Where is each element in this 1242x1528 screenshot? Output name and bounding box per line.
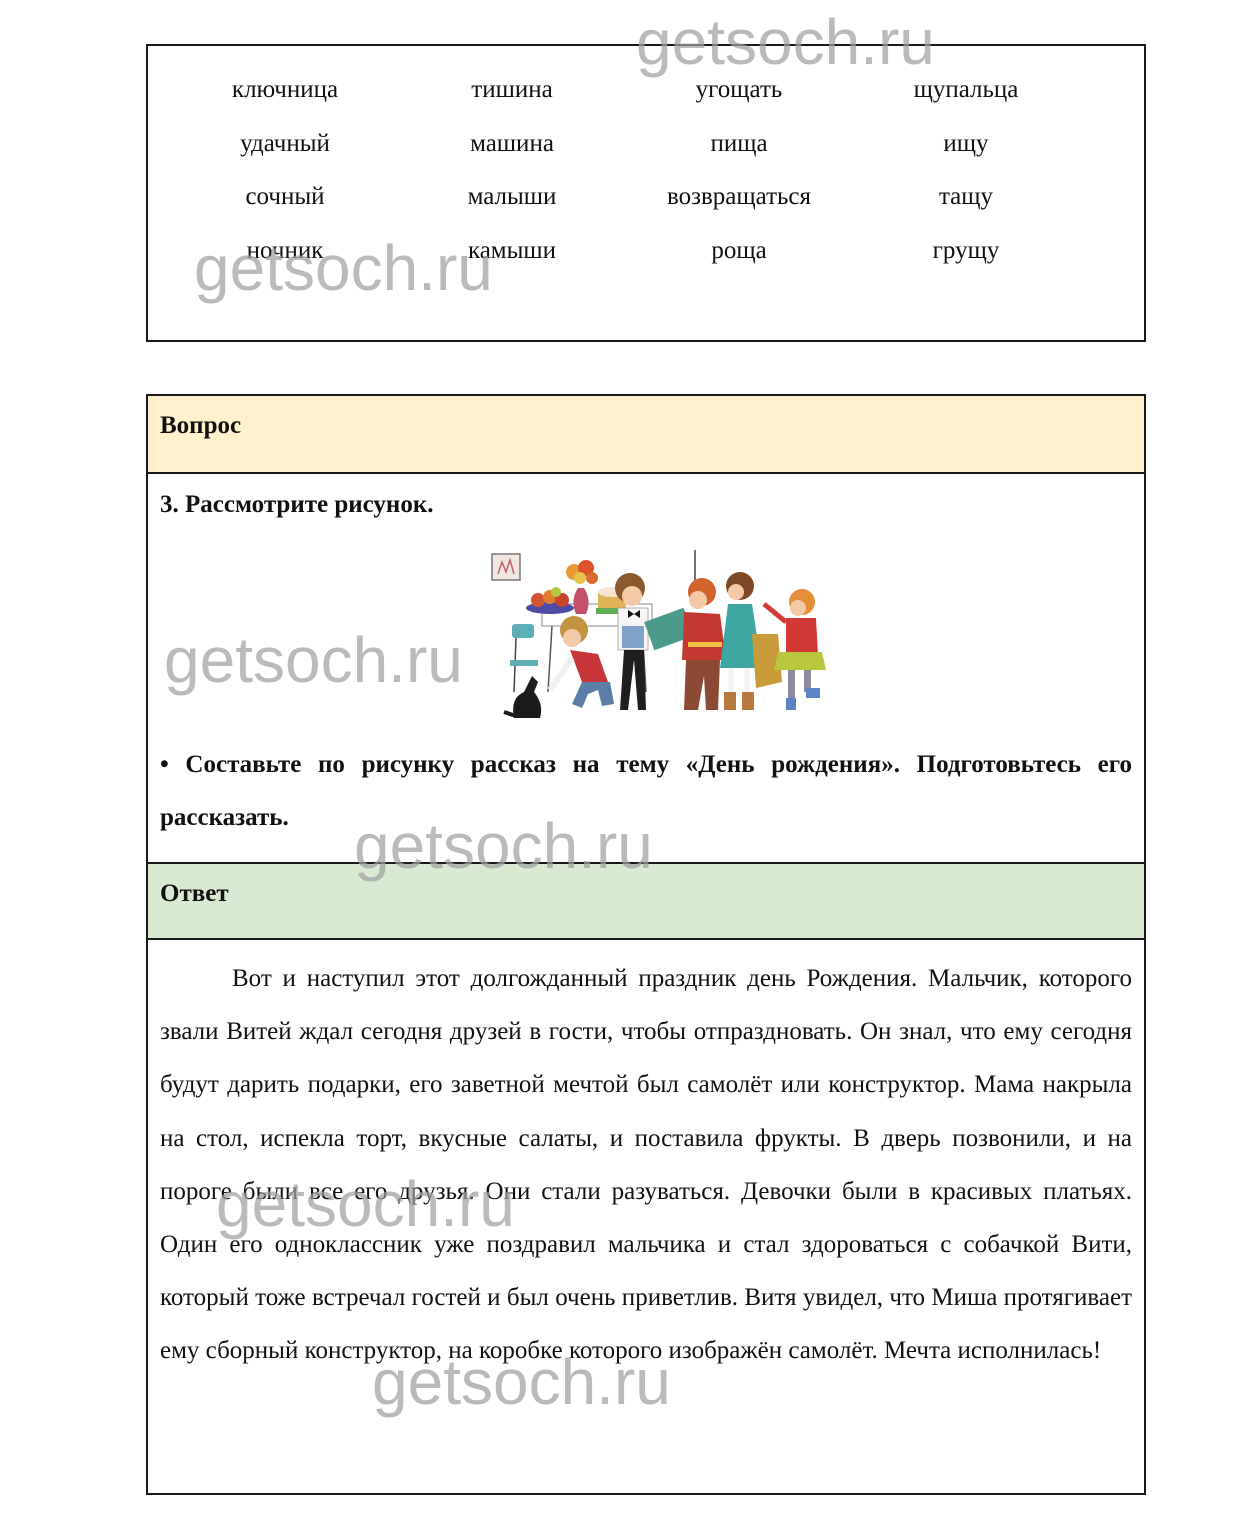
word-cell: возвращаться: [614, 175, 864, 229]
answer-header: Ответ: [148, 862, 1144, 940]
word-grid: ключницатишинаугощатьщупальцаудачныймаши…: [148, 68, 1144, 282]
word-table: ключницатишинаугощатьщупальцаудачныймаши…: [146, 44, 1146, 342]
question-task: • Составьте по рисунку рассказ на тему «…: [160, 738, 1132, 844]
word-cell: угощать: [614, 68, 864, 122]
word-cell: ночник: [160, 229, 410, 283]
qa-table: Вопрос 3. Рассмотрите рисунок.: [146, 394, 1146, 1495]
word-cell: камыши: [410, 229, 614, 283]
word-cell: малыши: [410, 175, 614, 229]
word-cell: ключница: [160, 68, 410, 122]
question-header: Вопрос: [148, 396, 1144, 474]
word-cell: роща: [614, 229, 864, 283]
word-cell: пища: [614, 122, 864, 176]
birthday-party-illustration: [452, 542, 844, 722]
answer-text: Вот и наступил этот долгожданный праздни…: [148, 940, 1144, 1378]
word-cell: тащу: [864, 175, 1068, 229]
word-cell: удачный: [160, 122, 410, 176]
word-cell: тишина: [410, 68, 614, 122]
question-body: 3. Рассмотрите рисунок.: [148, 474, 1144, 862]
word-cell: машина: [410, 122, 614, 176]
word-cell: ищу: [864, 122, 1068, 176]
question-title: 3. Рассмотрите рисунок.: [160, 474, 1132, 520]
word-cell: сочный: [160, 175, 410, 229]
word-cell: щупальца: [864, 68, 1068, 122]
word-cell: грущу: [864, 229, 1068, 283]
